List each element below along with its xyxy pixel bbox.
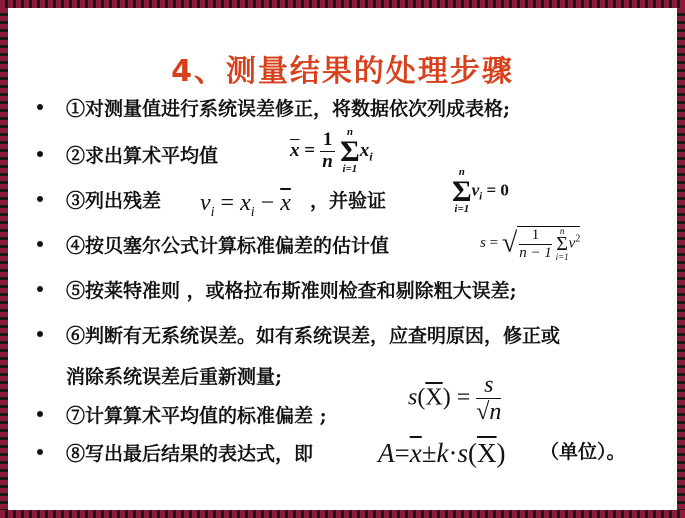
step-5-text: ⑤按莱特准则 ，或格拉布斯准则检查和剔除粗大误差; xyxy=(66,276,517,303)
step-7-text: ⑦计算算术平均值的标准偏差 ; xyxy=(66,401,327,428)
step-8-text: ⑧写出最后结果的表达式，即 xyxy=(66,439,313,466)
bullet-icon xyxy=(37,196,43,202)
bullet-icon xyxy=(37,449,43,455)
result-formula: A=x±k·s(X) xyxy=(378,438,506,469)
step-3-verify-text: ，并验证 xyxy=(310,186,386,213)
step-3-text: ③列出残差 xyxy=(66,186,161,213)
step-8-unit-text: （单位）。 xyxy=(540,437,626,464)
residual-sum-formula: nΣi=1νi = 0 xyxy=(452,168,509,215)
residual-formula: νi = xi − x xyxy=(200,190,291,221)
border-bottom xyxy=(0,510,685,518)
mean-formula: x = 1n nΣi=1xi xyxy=(290,128,373,175)
step-4-text: ④按贝塞尔公式计算标准偏差的估计值 xyxy=(66,231,389,258)
slide-frame: 4、测量结果的处理步骤 ①对测量值进行系统误差修正，将数据依次列成表格; ②求出… xyxy=(0,0,685,518)
bullet-icon xyxy=(37,241,43,247)
slide-title: 4、测量结果的处理步骤 xyxy=(0,46,685,90)
step-2-text: ②求出算术平均值 xyxy=(66,141,218,168)
bullet-icon xyxy=(37,151,43,157)
bullet-icon xyxy=(37,411,43,417)
bullet-icon xyxy=(37,286,43,292)
step-1-text: ①对测量值进行系统误差修正，将数据依次列成表格; xyxy=(66,94,510,121)
step-6-text-cont: 消除系统误差后重新测量; xyxy=(66,362,282,389)
mean-std-formula: s(X) = s√n xyxy=(408,372,501,426)
bullet-icon xyxy=(37,331,43,337)
bessel-formula: s = √ 1n − 1 nΣi=1ν2 xyxy=(480,226,580,261)
step-6-text: ⑥判断有无系统误差。如有系统误差，应查明原因，修正或 xyxy=(66,321,560,348)
bullet-icon xyxy=(37,104,43,110)
border-top xyxy=(0,0,685,8)
